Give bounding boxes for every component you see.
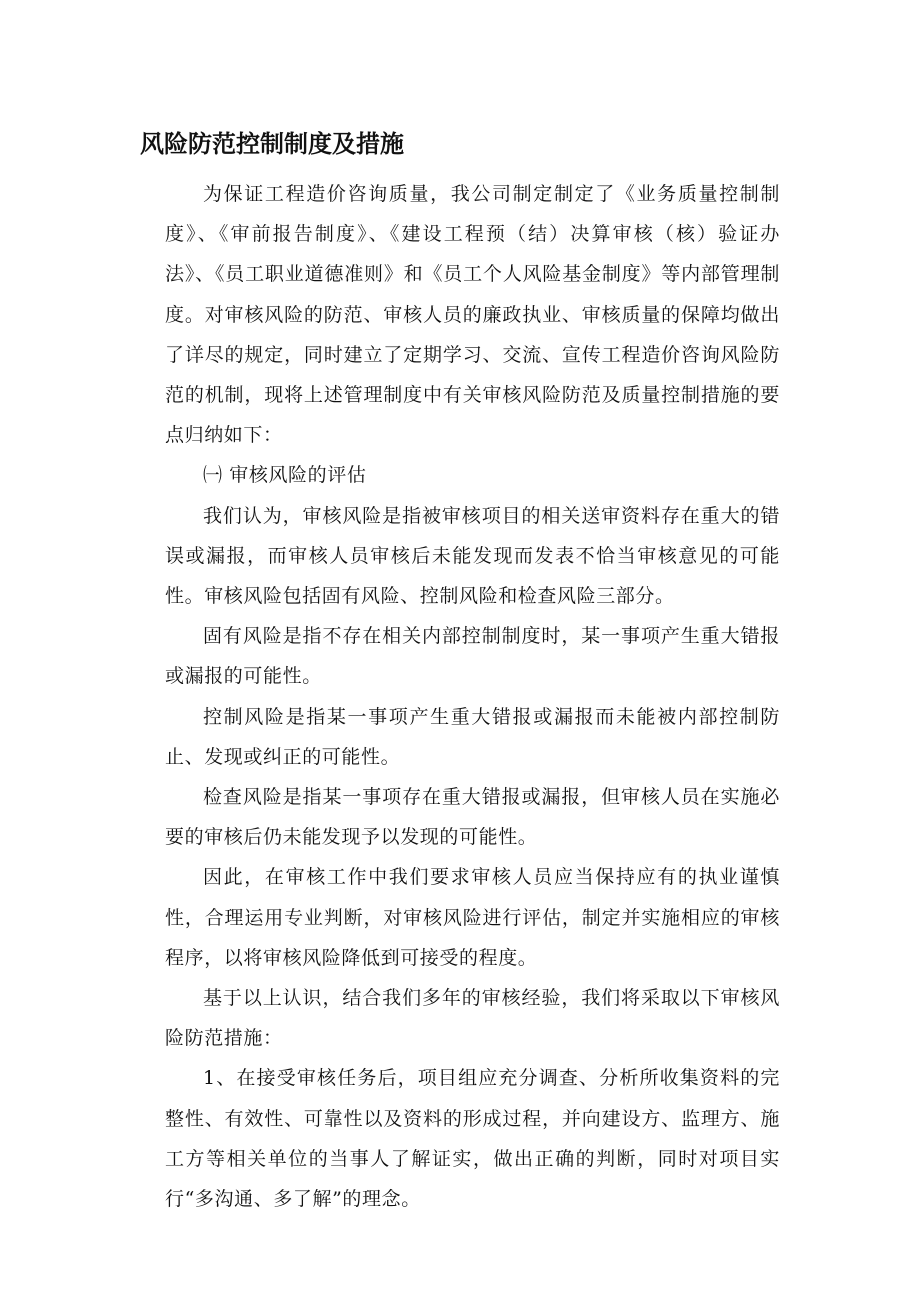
- intro-paragraph: 为保证工程造价咨询质量，我公司制定制定了《业务质量控制制度》、《审前报告制度》、…: [165, 174, 780, 455]
- control-risk-paragraph: 控制风险是指某一事项产生重大错报或漏报而未能被内部控制防止、发现或纠正的可能性。: [165, 697, 780, 777]
- section-heading-risk-assessment: ㈠ 审核风险的评估: [165, 455, 780, 495]
- detection-risk-paragraph: 检查风险是指某一事项存在重大错报或漏报，但审核人员在实施必要的审核后仍未能发现予…: [165, 777, 780, 857]
- audit-risk-definition-paragraph: 我们认为，审核风险是指被审核项目的相关送审资料存在重大的错误或漏报，而审核人员审…: [165, 496, 780, 617]
- prudence-paragraph: 因此，在审核工作中我们要求审核人员应当保持应有的执业谨慎性，合理运用专业判断，对…: [165, 857, 780, 978]
- inherent-risk-paragraph: 固有风险是指不存在相关内部控制制度时，某一事项产生重大错报或漏报的可能性。: [165, 616, 780, 696]
- document-title: 风险防范控制制度及措施: [140, 128, 404, 160]
- measure-1-paragraph: 1、在接受审核任务后，项目组应充分调查、分析所收集资料的完整性、有效性、可靠性以…: [165, 1058, 780, 1219]
- measures-intro-paragraph: 基于以上认识，结合我们多年的审核经验，我们将采取以下审核风险防范措施：: [165, 978, 780, 1058]
- document-page: 风险防范控制制度及措施 为保证工程造价咨询质量，我公司制定制定了《业务质量控制制…: [0, 0, 920, 1302]
- document-body: 为保证工程造价咨询质量，我公司制定制定了《业务质量控制制度》、《审前报告制度》、…: [165, 174, 780, 1219]
